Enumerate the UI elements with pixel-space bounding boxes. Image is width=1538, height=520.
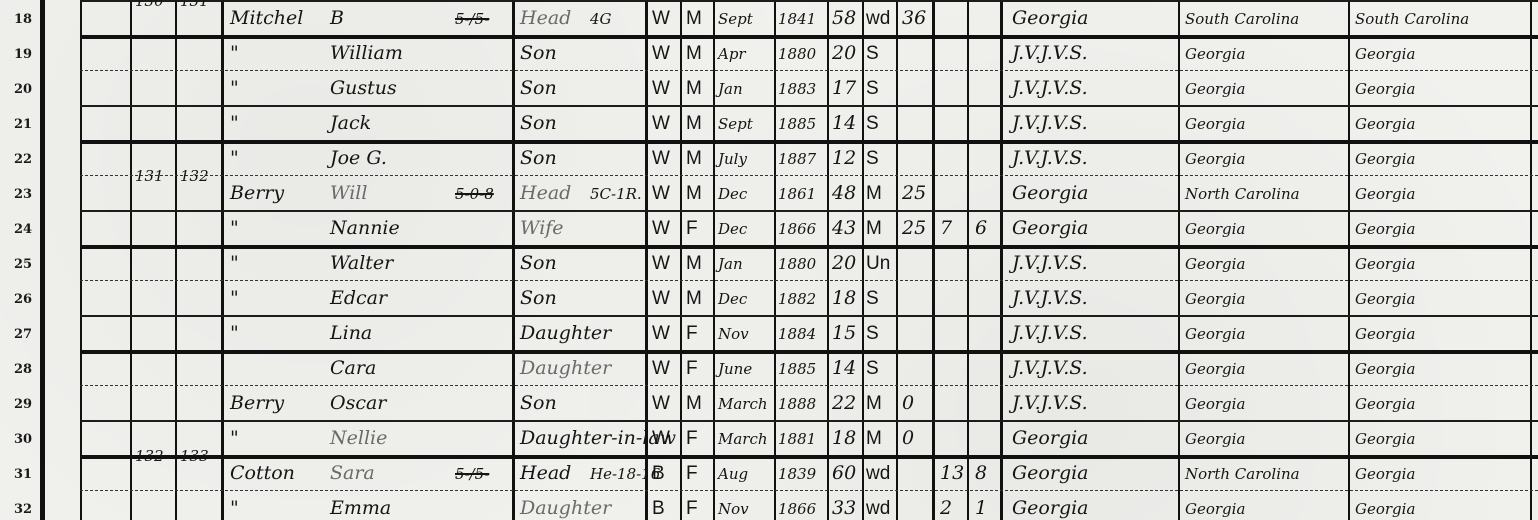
age-cell: 43 xyxy=(832,219,856,238)
marital-status-cell: S xyxy=(866,114,879,133)
birth-year-cell: 1888 xyxy=(778,397,816,412)
birthplace-cell: J.V.J.V.S. xyxy=(1012,289,1088,308)
father-birthplace-cell: Georgia xyxy=(1185,432,1245,447)
age-cell: 18 xyxy=(832,429,856,448)
surname-cell: " xyxy=(230,429,239,448)
sex-cell: F xyxy=(686,464,698,483)
grid-horizontal-rule xyxy=(80,420,1538,422)
father-birthplace-cell: Georgia xyxy=(1185,257,1245,272)
birth-month-cell: March xyxy=(718,432,768,447)
line-number: 22 xyxy=(14,152,38,167)
father-birthplace-cell: Georgia xyxy=(1185,222,1245,237)
birth-year-cell: 1841 xyxy=(778,12,816,27)
birth-year-cell: 1882 xyxy=(778,292,816,307)
father-birthplace-cell: North Carolina xyxy=(1185,187,1300,202)
grid-horizontal-rule xyxy=(80,175,1538,176)
birth-month-cell: Jan xyxy=(718,82,743,97)
birthplace-cell: Georgia xyxy=(1012,499,1089,518)
line-number-column: 181920212223242526272829303132 xyxy=(0,0,40,520)
relation-cell: Daughter xyxy=(520,359,611,378)
grid-horizontal-rule xyxy=(80,140,1538,144)
mother-birthplace-cell: Georgia xyxy=(1355,362,1415,377)
grid-vertical-rule xyxy=(1348,0,1350,520)
birth-month-cell: July xyxy=(718,152,747,167)
grid-horizontal-rule xyxy=(80,350,1538,354)
sex-cell: M xyxy=(686,254,702,273)
sex-cell: M xyxy=(686,149,702,168)
family-number: 133 xyxy=(180,449,209,464)
relation-cell: Wife xyxy=(520,219,564,238)
family-number: 132 xyxy=(180,169,209,184)
children-living-cell: 8 xyxy=(975,464,987,483)
grid-horizontal-rule xyxy=(80,105,1538,107)
given-name-cell: Jack xyxy=(330,114,371,133)
given-name-cell: B xyxy=(330,9,344,28)
marital-status-cell: M xyxy=(866,184,882,203)
given-name-cell: William xyxy=(330,44,403,63)
years-married-cell: 0 xyxy=(902,394,914,413)
surname-cell: " xyxy=(230,254,239,273)
mother-births-cell: 2 xyxy=(940,499,952,518)
relation-cell: Son xyxy=(520,394,557,413)
father-birthplace-cell: Georgia xyxy=(1185,362,1245,377)
birthplace-cell: J.V.J.V.S. xyxy=(1012,44,1088,63)
sex-cell: M xyxy=(686,114,702,133)
age-cell: 15 xyxy=(832,324,856,343)
grid-horizontal-rule xyxy=(80,70,1538,71)
years-married-cell: 36 xyxy=(902,9,926,28)
line-number: 29 xyxy=(14,397,38,412)
given-name-cell: Sara xyxy=(330,464,375,483)
line-number: 25 xyxy=(14,257,38,272)
line-number: 32 xyxy=(14,502,38,517)
birth-year-cell: 1866 xyxy=(778,222,816,237)
mother-birthplace-cell: Georgia xyxy=(1355,432,1415,447)
grid-horizontal-rule xyxy=(80,0,1538,2)
line-number: 21 xyxy=(14,117,38,132)
grid-horizontal-rule xyxy=(80,490,1538,491)
race-cell: W xyxy=(652,44,670,63)
sex-cell: M xyxy=(686,44,702,63)
line-number: 27 xyxy=(14,327,38,342)
given-name-cell: Emma xyxy=(330,499,391,518)
dwelling-number: 132 xyxy=(135,449,164,464)
father-birthplace-cell: Georgia xyxy=(1185,152,1245,167)
grid-vertical-rule xyxy=(774,0,776,520)
line-number: 30 xyxy=(14,432,38,447)
birth-year-cell: 1887 xyxy=(778,152,816,167)
race-cell: B xyxy=(652,464,665,483)
marital-status-cell: M xyxy=(866,394,882,413)
grid-vertical-rule xyxy=(680,0,682,520)
name-annotation: 5-/5- xyxy=(455,467,489,482)
age-cell: 14 xyxy=(832,359,856,378)
grid-vertical-rule xyxy=(862,0,864,520)
birthplace-cell: J.V.J.V.S. xyxy=(1012,114,1088,133)
given-name-cell: Nannie xyxy=(330,219,400,238)
marital-status-cell: wd xyxy=(866,9,890,28)
surname-cell: " xyxy=(230,44,239,63)
birth-month-cell: Nov xyxy=(718,502,749,517)
birthplace-cell: J.V.J.V.S. xyxy=(1012,359,1088,378)
marital-status-cell: S xyxy=(866,289,879,308)
mother-birthplace-cell: Georgia xyxy=(1355,502,1415,517)
sex-cell: M xyxy=(686,394,702,413)
age-cell: 17 xyxy=(832,79,856,98)
mother-birthplace-cell: Georgia xyxy=(1355,152,1415,167)
race-cell: W xyxy=(652,289,670,308)
grid-horizontal-rule xyxy=(80,455,1538,459)
marital-status-cell: wd xyxy=(866,464,890,483)
relation-cell: Son xyxy=(520,44,557,63)
birthplace-cell: Georgia xyxy=(1012,219,1089,238)
given-name-cell: Will xyxy=(330,184,367,203)
grid-vertical-rule xyxy=(713,0,715,520)
grid-vertical-rule xyxy=(827,0,829,520)
surname-cell: " xyxy=(230,114,239,133)
given-name-cell: Joe G. xyxy=(330,149,387,168)
grid-vertical-rule xyxy=(221,0,224,520)
sex-cell: M xyxy=(686,184,702,203)
age-cell: 12 xyxy=(832,149,856,168)
sex-cell: M xyxy=(686,289,702,308)
given-name-cell: Gustus xyxy=(330,79,397,98)
mother-birthplace-cell: Georgia xyxy=(1355,292,1415,307)
race-cell: B xyxy=(652,499,665,518)
father-birthplace-cell: Georgia xyxy=(1185,292,1245,307)
birth-year-cell: 1880 xyxy=(778,257,816,272)
mother-birthplace-cell: Georgia xyxy=(1355,187,1415,202)
sex-cell: F xyxy=(686,324,698,343)
line-number: 20 xyxy=(14,82,38,97)
birth-month-cell: Dec xyxy=(718,187,747,202)
birth-year-cell: 1839 xyxy=(778,467,816,482)
line-number: 26 xyxy=(14,292,38,307)
grid-vertical-rule xyxy=(175,0,177,520)
birthplace-cell: Georgia xyxy=(1012,464,1089,483)
dwelling-number: 131 xyxy=(135,169,164,184)
birth-year-cell: 1885 xyxy=(778,362,816,377)
sex-cell: F xyxy=(686,359,698,378)
surname-cell: " xyxy=(230,219,239,238)
surname-cell: " xyxy=(230,324,239,343)
grid-vertical-rule xyxy=(932,0,935,520)
birth-year-cell: 1885 xyxy=(778,117,816,132)
surname-cell: Mitchel xyxy=(230,9,303,28)
mother-birthplace-cell: Georgia xyxy=(1355,327,1415,342)
sex-cell: M xyxy=(686,9,702,28)
birthplace-cell: J.V.J.V.S. xyxy=(1012,394,1088,413)
grid-vertical-rule xyxy=(896,0,898,520)
birth-year-cell: 1883 xyxy=(778,82,816,97)
relation-cell: Daughter xyxy=(520,324,611,343)
grid-vertical-rule xyxy=(130,0,132,520)
race-cell: W xyxy=(652,149,670,168)
relation-cell: Head xyxy=(520,464,571,483)
marital-status-cell: S xyxy=(866,79,879,98)
relation-code: 5C-1R. xyxy=(590,187,642,202)
marital-status-cell: Un xyxy=(866,254,890,273)
race-cell: W xyxy=(652,114,670,133)
birthplace-cell: J.V.J.V.S. xyxy=(1012,149,1088,168)
birth-year-cell: 1881 xyxy=(778,432,816,447)
birth-month-cell: Dec xyxy=(718,222,747,237)
given-name-cell: Lina xyxy=(330,324,372,343)
relation-cell: Son xyxy=(520,114,557,133)
age-cell: 48 xyxy=(832,184,856,203)
relation-cell: Son xyxy=(520,289,557,308)
surname-cell: Berry xyxy=(230,394,284,413)
birthplace-cell: Georgia xyxy=(1012,184,1089,203)
birth-month-cell: June xyxy=(718,362,752,377)
family-number: 131 xyxy=(180,0,209,9)
relation-code: 4G xyxy=(590,12,612,27)
children-living-cell: 1 xyxy=(975,499,987,518)
line-number: 24 xyxy=(14,222,38,237)
line-number: 28 xyxy=(14,362,38,377)
race-cell: W xyxy=(652,9,670,28)
line-number: 31 xyxy=(14,467,38,482)
surname-cell: " xyxy=(230,79,239,98)
mother-birthplace-cell: Georgia xyxy=(1355,467,1415,482)
sex-cell: F xyxy=(686,429,698,448)
grid-horizontal-rule xyxy=(80,35,1538,39)
given-name-cell: Cara xyxy=(330,359,376,378)
grid-horizontal-rule xyxy=(80,385,1538,386)
race-cell: W xyxy=(652,429,670,448)
sex-cell: F xyxy=(686,219,698,238)
birthplace-cell: J.V.J.V.S. xyxy=(1012,79,1088,98)
relation-cell: Head xyxy=(520,9,571,28)
race-cell: W xyxy=(652,359,670,378)
birth-year-cell: 1866 xyxy=(778,502,816,517)
line-number: 18 xyxy=(14,12,38,27)
line-number: 19 xyxy=(14,47,38,62)
surname-cell: " xyxy=(230,499,239,518)
marital-status-cell: M xyxy=(866,429,882,448)
years-married-cell: 0 xyxy=(902,429,914,448)
grid-vertical-rule xyxy=(967,0,969,520)
grid-horizontal-rule xyxy=(80,280,1538,281)
marital-status-cell: S xyxy=(866,359,879,378)
birth-month-cell: Aug xyxy=(718,467,748,482)
years-married-cell: 25 xyxy=(902,184,926,203)
children-living-cell: 6 xyxy=(975,219,987,238)
age-cell: 58 xyxy=(832,9,856,28)
birth-month-cell: March xyxy=(718,397,768,412)
birthplace-cell: J.V.J.V.S. xyxy=(1012,324,1088,343)
birth-year-cell: 1861 xyxy=(778,187,816,202)
mother-birthplace-cell: Georgia xyxy=(1355,117,1415,132)
father-birthplace-cell: North Carolina xyxy=(1185,467,1300,482)
grid-vertical-rule xyxy=(40,0,45,520)
mother-birthplace-cell: Georgia xyxy=(1355,222,1415,237)
birth-year-cell: 1884 xyxy=(778,327,816,342)
grid-vertical-rule xyxy=(512,0,515,520)
name-annotation: 5-0-8 xyxy=(455,187,494,202)
marital-status-cell: wd xyxy=(866,499,890,518)
given-name-cell: Oscar xyxy=(330,394,386,413)
line-number: 23 xyxy=(14,187,38,202)
name-annotation: 5-/5- xyxy=(455,12,489,27)
age-cell: 60 xyxy=(832,464,856,483)
relation-code: He-18-16 xyxy=(590,467,660,482)
birth-year-cell: 1880 xyxy=(778,47,816,62)
age-cell: 20 xyxy=(832,44,856,63)
sex-cell: F xyxy=(686,499,698,518)
relation-cell: Son xyxy=(520,79,557,98)
race-cell: W xyxy=(652,219,670,238)
given-name-cell: Walter xyxy=(330,254,393,273)
father-birthplace-cell: Georgia xyxy=(1185,117,1245,132)
father-birthplace-cell: Georgia xyxy=(1185,397,1245,412)
father-birthplace-cell: South Carolina xyxy=(1185,12,1299,27)
surname-cell: " xyxy=(230,149,239,168)
birth-month-cell: Dec xyxy=(718,292,747,307)
birth-month-cell: Sept xyxy=(718,117,753,132)
relation-cell: Son xyxy=(520,149,557,168)
birthplace-cell: Georgia xyxy=(1012,9,1089,28)
mother-birthplace-cell: Georgia xyxy=(1355,257,1415,272)
relation-cell: Head xyxy=(520,184,571,203)
mother-birthplace-cell: Georgia xyxy=(1355,47,1415,62)
birth-month-cell: Apr xyxy=(718,47,746,62)
sex-cell: M xyxy=(686,79,702,98)
birth-month-cell: Nov xyxy=(718,327,749,342)
father-birthplace-cell: Georgia xyxy=(1185,82,1245,97)
age-cell: 33 xyxy=(832,499,856,518)
grid-vertical-rule xyxy=(1530,0,1532,520)
grid-vertical-rule xyxy=(1000,0,1003,520)
marital-status-cell: S xyxy=(866,44,879,63)
relation-cell: Son xyxy=(520,254,557,273)
mother-births-cell: 13 xyxy=(940,464,964,483)
grid-horizontal-rule xyxy=(80,210,1538,212)
birth-month-cell: Jan xyxy=(718,257,743,272)
surname-cell: Cotton xyxy=(230,464,295,483)
birth-month-cell: Sept xyxy=(718,12,753,27)
birthplace-cell: J.V.J.V.S. xyxy=(1012,254,1088,273)
census-sheet: 181920212223242526272829303132 130131131… xyxy=(0,0,1538,520)
surname-cell: " xyxy=(230,289,239,308)
race-cell: W xyxy=(652,254,670,273)
given-name-cell: Edcar xyxy=(330,289,387,308)
surname-cell: Berry xyxy=(230,184,284,203)
mother-birthplace-cell: Georgia xyxy=(1355,82,1415,97)
mother-birthplace-cell: Georgia xyxy=(1355,397,1415,412)
birthplace-cell: Georgia xyxy=(1012,429,1089,448)
age-cell: 14 xyxy=(832,114,856,133)
marital-status-cell: S xyxy=(866,149,879,168)
age-cell: 20 xyxy=(832,254,856,273)
marital-status-cell: S xyxy=(866,324,879,343)
father-birthplace-cell: Georgia xyxy=(1185,327,1245,342)
father-birthplace-cell: Georgia xyxy=(1185,47,1245,62)
race-cell: W xyxy=(652,324,670,343)
race-cell: W xyxy=(652,79,670,98)
father-birthplace-cell: Georgia xyxy=(1185,502,1245,517)
age-cell: 18 xyxy=(832,289,856,308)
given-name-cell: Nellie xyxy=(330,429,387,448)
relation-cell: Daughter xyxy=(520,499,611,518)
grid-vertical-rule xyxy=(80,0,82,520)
years-married-cell: 25 xyxy=(902,219,926,238)
grid-horizontal-rule xyxy=(80,245,1538,249)
grid-horizontal-rule xyxy=(80,315,1538,317)
mother-births-cell: 7 xyxy=(940,219,952,238)
age-cell: 22 xyxy=(832,394,856,413)
grid-vertical-rule xyxy=(1178,0,1180,520)
race-cell: W xyxy=(652,184,670,203)
marital-status-cell: M xyxy=(866,219,882,238)
mother-birthplace-cell: South Carolina xyxy=(1355,12,1469,27)
race-cell: W xyxy=(652,394,670,413)
dwelling-number: 130 xyxy=(135,0,164,9)
